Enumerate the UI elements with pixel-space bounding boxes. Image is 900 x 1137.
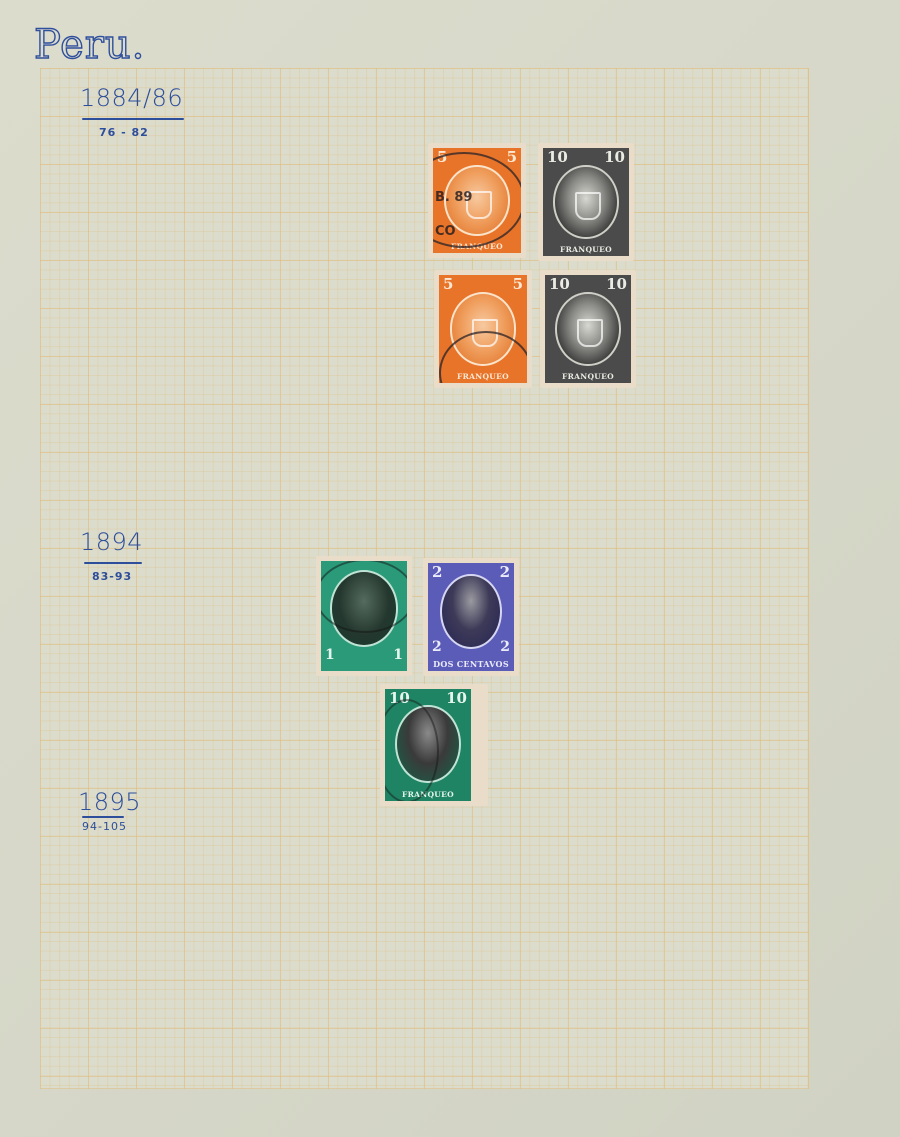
- denomination: 2: [500, 565, 510, 580]
- denomination: 2: [500, 639, 510, 655]
- stamp-5-orange[interactable]: 5 5 FRANQUEO B. 89 CO: [428, 143, 526, 258]
- denomination: 10: [606, 277, 627, 292]
- denomination: 1: [325, 647, 335, 663]
- section-underline: [84, 562, 142, 564]
- album-page: Peru. 1884/86 76 - 82 1894 83-93 1895 94…: [0, 0, 900, 1137]
- postmark-text: CO: [435, 224, 456, 239]
- denomination: 10: [446, 691, 467, 706]
- denomination: 10: [549, 277, 570, 292]
- section-catalog-1895: 94-105: [82, 820, 127, 833]
- stamp-10-black[interactable]: 10 10 FRANQUEO: [538, 143, 634, 261]
- stamp-10-black[interactable]: 10 10 FRANQUEO: [540, 270, 636, 388]
- coat-of-arms-oval: [553, 165, 618, 238]
- denomination: 1: [393, 647, 403, 663]
- page-title: Peru.: [34, 22, 145, 68]
- stamp-5-orange[interactable]: 5 5 FRANQUEO: [434, 270, 532, 388]
- coat-of-arms-icon: [575, 192, 601, 220]
- stamp-1-green[interactable]: 1 1: [316, 556, 412, 676]
- section-underline: [82, 816, 124, 818]
- denomination: 2: [432, 639, 442, 655]
- stamp-10-green[interactable]: 10 10 FRANQUEO: [380, 684, 488, 806]
- section-year-1884: 1884/86: [80, 84, 183, 112]
- denomination: 2: [432, 565, 442, 580]
- denomination: 5: [507, 150, 517, 165]
- stamp-caption: DOS CENTAVOS: [432, 660, 510, 669]
- denomination: 5: [513, 277, 523, 292]
- section-underline: [82, 118, 184, 120]
- stamp-caption: FRANQUEO: [549, 372, 627, 381]
- section-year-1894: 1894: [80, 528, 143, 556]
- postmark-text: B. 89: [435, 190, 472, 205]
- postmark: [321, 561, 407, 633]
- portrait-oval: [440, 574, 502, 650]
- denomination: 10: [604, 150, 625, 165]
- denomination: 10: [547, 150, 568, 165]
- section-year-1895: 1895: [78, 788, 141, 816]
- section-catalog-1894: 83-93: [92, 570, 132, 583]
- coat-of-arms-oval: [555, 292, 620, 365]
- section-catalog-1884: 76 - 82: [99, 126, 149, 139]
- denomination: 5: [443, 277, 453, 292]
- coat-of-arms-icon: [577, 319, 603, 347]
- stamp-caption: FRANQUEO: [547, 245, 625, 254]
- stamp-2-violet[interactable]: 2 2 2 2 DOS CENTAVOS: [423, 558, 519, 676]
